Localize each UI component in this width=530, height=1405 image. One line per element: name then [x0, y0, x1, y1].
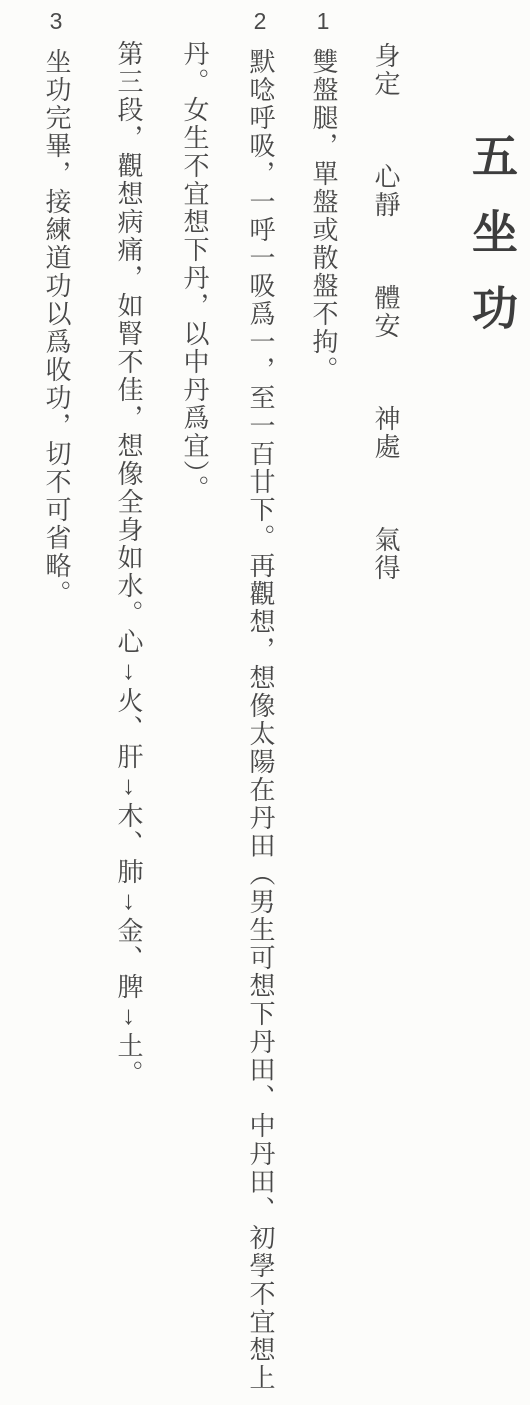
intro-phrase: 心靜	[371, 163, 400, 219]
intro-column: 身定 心靜 體安 神處 氣得	[363, 42, 407, 582]
item-3-number: 3	[43, 8, 69, 34]
item-2-text-part-2: 丹。女生不宜想下丹，以中丹爲宜）。	[180, 40, 209, 503]
item-1-column: 1雙盤腿，單盤或散盤不拘。	[301, 8, 345, 384]
third-segment-column: 第三段，觀想病痛，如腎不佳，想像全身如水。心↓火、肝↓木、肺↓金、脾↓土。	[106, 40, 150, 1088]
intro-phrase: 體安	[371, 284, 400, 340]
page-title: 五坐功	[458, 132, 524, 360]
scanned-document-page: 五坐功 身定 心靜 體安 神處 氣得 1雙盤腿，單盤或散盤不拘。 2默唸呼吸，一…	[0, 0, 530, 1405]
item-2-column-2: 丹。女生不宜想下丹，以中丹爲宜）。	[172, 40, 216, 503]
item-2-number: 2	[247, 8, 273, 34]
item-1-text: 雙盤腿，單盤或散盤不拘。	[309, 48, 338, 384]
item-3-text: 坐功完畢，接練道功以爲收功，切不可省略。	[42, 48, 71, 608]
item-2-column-1: 2默唸呼吸，一呼一吸爲一，至一百廿下。再觀想，想像太陽在丹田（男生可想下丹田、中…	[238, 8, 282, 1392]
intro-phrase: 身定	[371, 42, 400, 98]
item-2-text-part-1: 默唸呼吸，一呼一吸爲一，至一百廿下。再觀想，想像太陽在丹田（男生可想下丹田、中丹…	[246, 48, 275, 1392]
third-segment-text: 第三段，觀想病痛，如腎不佳，想像全身如水。心↓火、肝↓木、肺↓金、脾↓土。	[114, 40, 143, 1088]
intro-phrase: 氣得	[371, 526, 400, 582]
item-1-number: 1	[310, 8, 336, 34]
intro-phrase: 神處	[371, 405, 400, 461]
item-3-column: 3坐功完畢，接練道功以爲收功，切不可省略。	[34, 8, 78, 608]
